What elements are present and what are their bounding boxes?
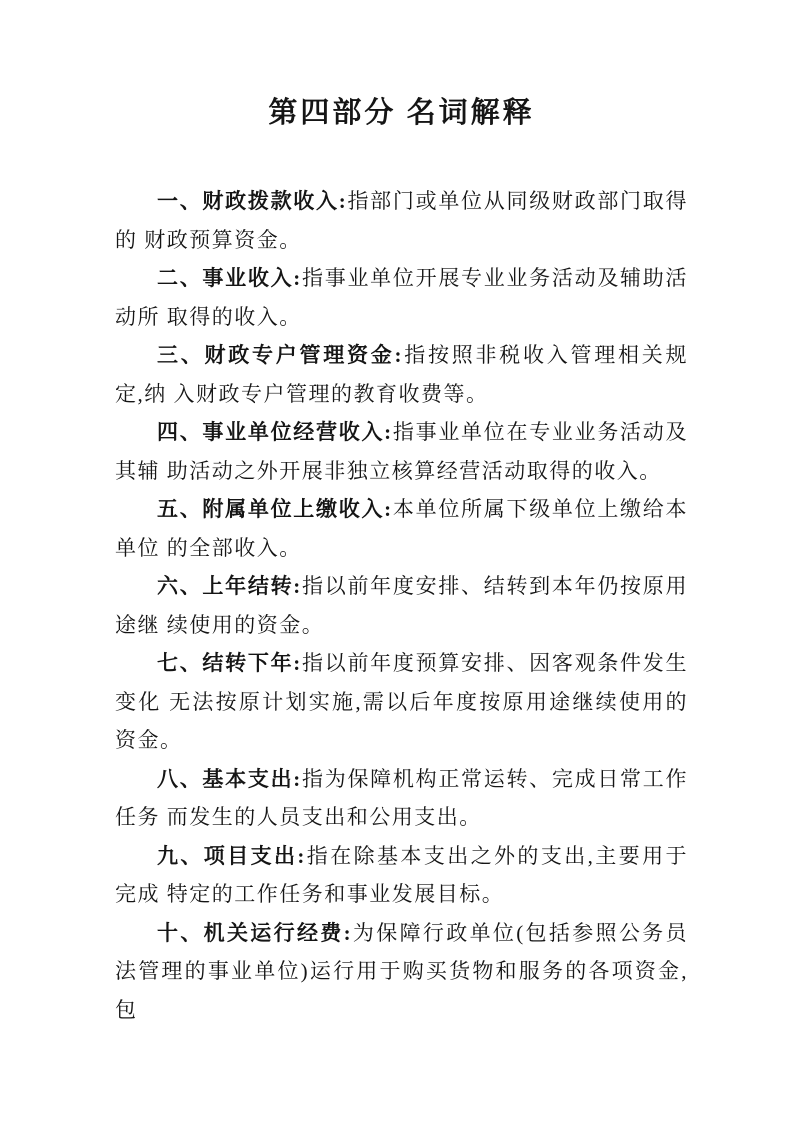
term-label: 四、事业单位经营收入: <box>157 420 393 444</box>
definition-paragraph: 六、上年结转:指以前年度安排、结转到本年仍按原用途继 续使用的资金。 <box>115 567 688 644</box>
document-title: 第四部分 名词解释 <box>115 92 688 134</box>
definition-paragraph: 九、项目支出:指在除基本支出之外的支出,主要用于完成 特定的工作任务和事业发展目… <box>115 837 688 914</box>
definition-paragraph: 四、事业单位经营收入:指事业单位在专业业务活动及其辅 助活动之外开展非独立核算经… <box>115 413 688 490</box>
definition-paragraph: 十、机关运行经费:为保障行政单位(包括参照公务员法管理的事业单位)运行用于购买货… <box>115 914 688 1030</box>
definition-paragraph: 二、事业收入:指事业单位开展专业业务活动及辅助活动所 取得的收入。 <box>115 259 688 336</box>
term-label: 六、上年结转: <box>157 574 302 598</box>
definition-paragraph: 八、基本支出:指为保障机构正常运转、完成日常工作任务 而发生的人员支出和公用支出… <box>115 760 688 837</box>
definition-paragraph: 五、附属单位上缴收入:本单位所属下级单位上缴给本单位 的全部收入。 <box>115 490 688 567</box>
term-label: 三、财政专户管理资金: <box>157 343 403 367</box>
document-page: 第四部分 名词解释 一、财政拨款收入:指部门或单位从同级财政部门取得的 财政预算… <box>0 0 793 1122</box>
term-label: 五、附属单位上缴收入: <box>157 497 393 521</box>
term-label: 八、基本支出: <box>157 767 302 791</box>
document-body: 一、财政拨款收入:指部门或单位从同级财政部门取得的 财政预算资金。 二、事业收入… <box>115 182 688 1029</box>
term-label: 二、事业收入: <box>157 266 302 290</box>
definition-paragraph: 七、结转下年:指以前年度预算安排、因客观条件发生变化 无法按原计划实施,需以后年… <box>115 644 688 760</box>
definition-paragraph: 一、财政拨款收入:指部门或单位从同级财政部门取得的 财政预算资金。 <box>115 182 688 259</box>
term-label: 一、财政拨款收入: <box>157 189 347 213</box>
definition-paragraph: 三、财政专户管理资金:指按照非税收入管理相关规定,纳 入财政专户管理的教育收费等… <box>115 336 688 413</box>
term-label: 十、机关运行经费: <box>157 921 352 945</box>
term-label: 九、项目支出: <box>157 844 306 868</box>
term-label: 七、结转下年: <box>157 651 302 675</box>
